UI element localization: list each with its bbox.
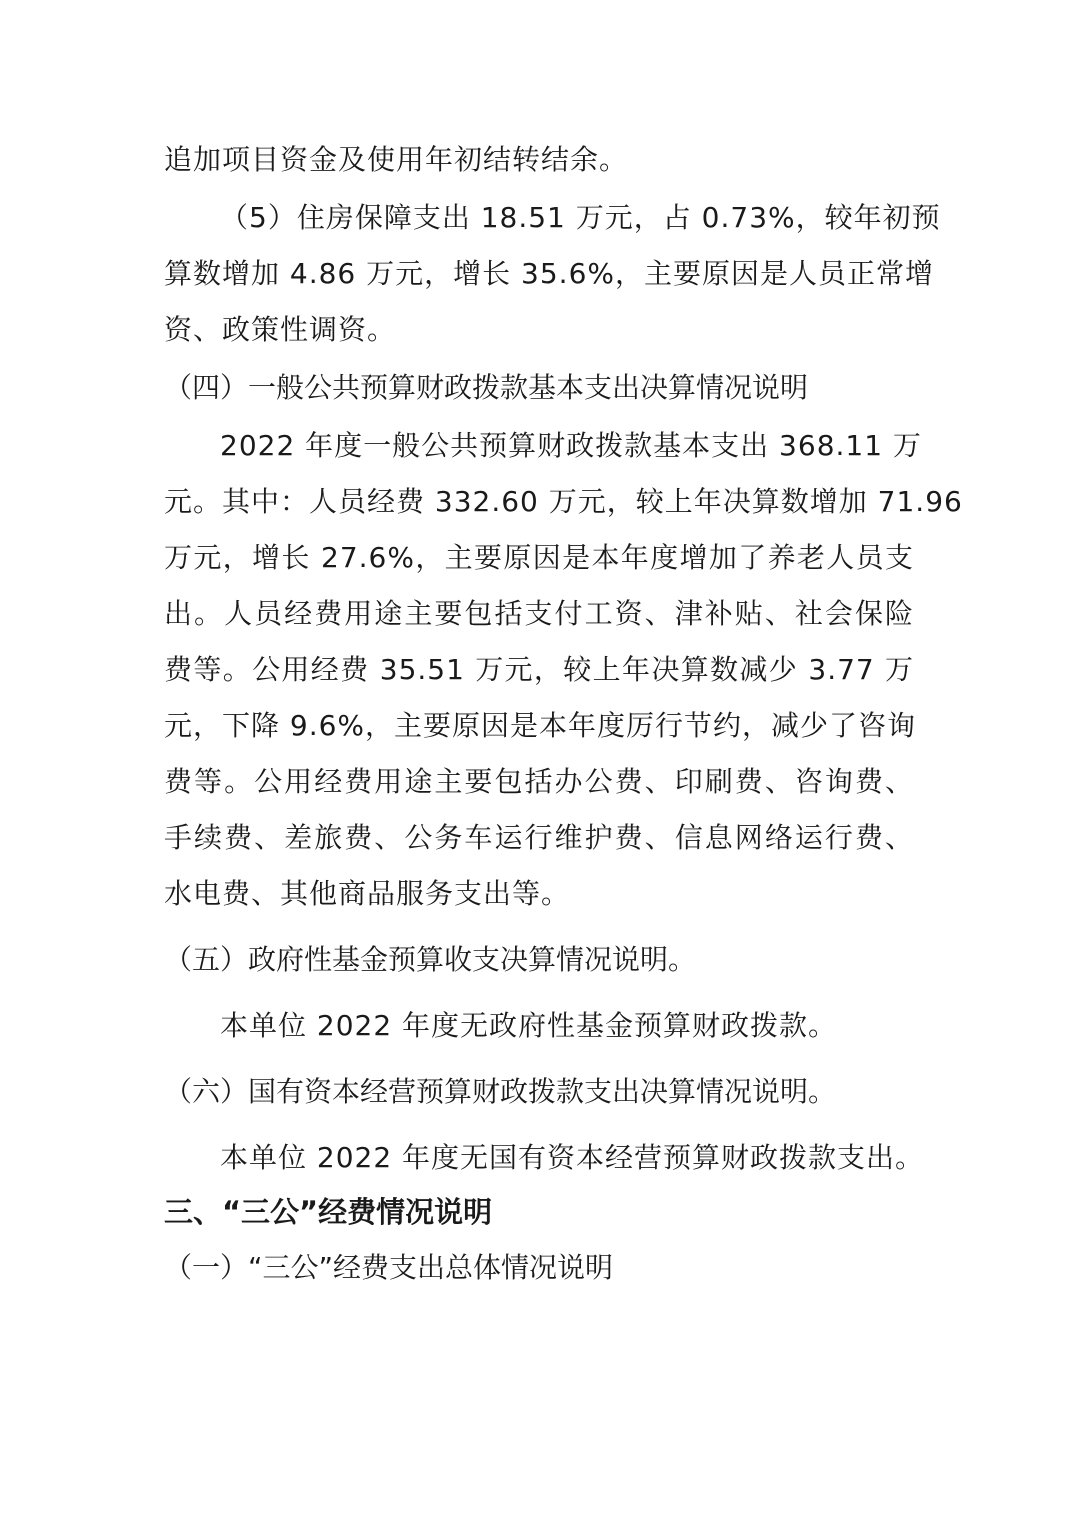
paragraph-line: 元。其中：人员经费 332.60 万元，较上年决算数增加 71.96: [164, 482, 914, 522]
paragraph-line: 费等。公用经费 35.51 万元，较上年决算数减少 3.77 万: [164, 650, 914, 690]
paragraph-line-government-fund: 本单位 2022 年度无政府性基金预算财政拨款。: [220, 1006, 914, 1046]
paragraph-line-state-capital: 本单位 2022 年度无国有资本经营预算财政拨款支出。: [220, 1138, 914, 1178]
paragraph-line: 元，下降 9.6%，主要原因是本年度厉行节约，减少了咨询: [164, 706, 914, 746]
section-heading-three-public-overview: （一）“三公”经费支出总体情况说明: [164, 1248, 914, 1288]
paragraph-line: 追加项目资金及使用年初结转结余。: [164, 140, 914, 180]
paragraph-line: 费等。公用经费用途主要包括办公费、印刷费、咨询费、: [164, 762, 914, 802]
paragraph-line: 资、政策性调资。: [164, 310, 914, 350]
section-heading-government-fund: （五）政府性基金预算收支决算情况说明。: [164, 940, 914, 980]
paragraph-line-basic-expenditure: 2022 年度一般公共预算财政拨款基本支出 368.11 万: [220, 426, 914, 466]
paragraph-line: 出。人员经费用途主要包括支付工资、津补贴、社会保险: [164, 594, 914, 634]
paragraph-line: 手续费、差旅费、公务车运行维护费、信息网络运行费、: [164, 818, 914, 858]
section-heading-state-capital: （六）国有资本经营预算财政拨款支出决算情况说明。: [164, 1072, 914, 1112]
document-page: 追加项目资金及使用年初结转结余。 （5）住房保障支出 18.51 万元，占 0.…: [0, 0, 1075, 1521]
paragraph-line-housing-expenditure: （5）住房保障支出 18.51 万元，占 0.73%，较年初预: [220, 198, 914, 238]
paragraph-line: 万元，增长 27.6%，主要原因是本年度增加了养老人员支: [164, 538, 914, 578]
paragraph-line: 水电费、其他商品服务支出等。: [164, 874, 914, 914]
paragraph-line: 算数增加 4.86 万元，增长 35.6%，主要原因是人员正常增: [164, 254, 914, 294]
section-heading-basic-expenditure: （四）一般公共预算财政拨款基本支出决算情况说明: [164, 368, 914, 408]
chapter-heading-three-public-expenses: 三、“三公”经费情况说明: [164, 1192, 914, 1232]
